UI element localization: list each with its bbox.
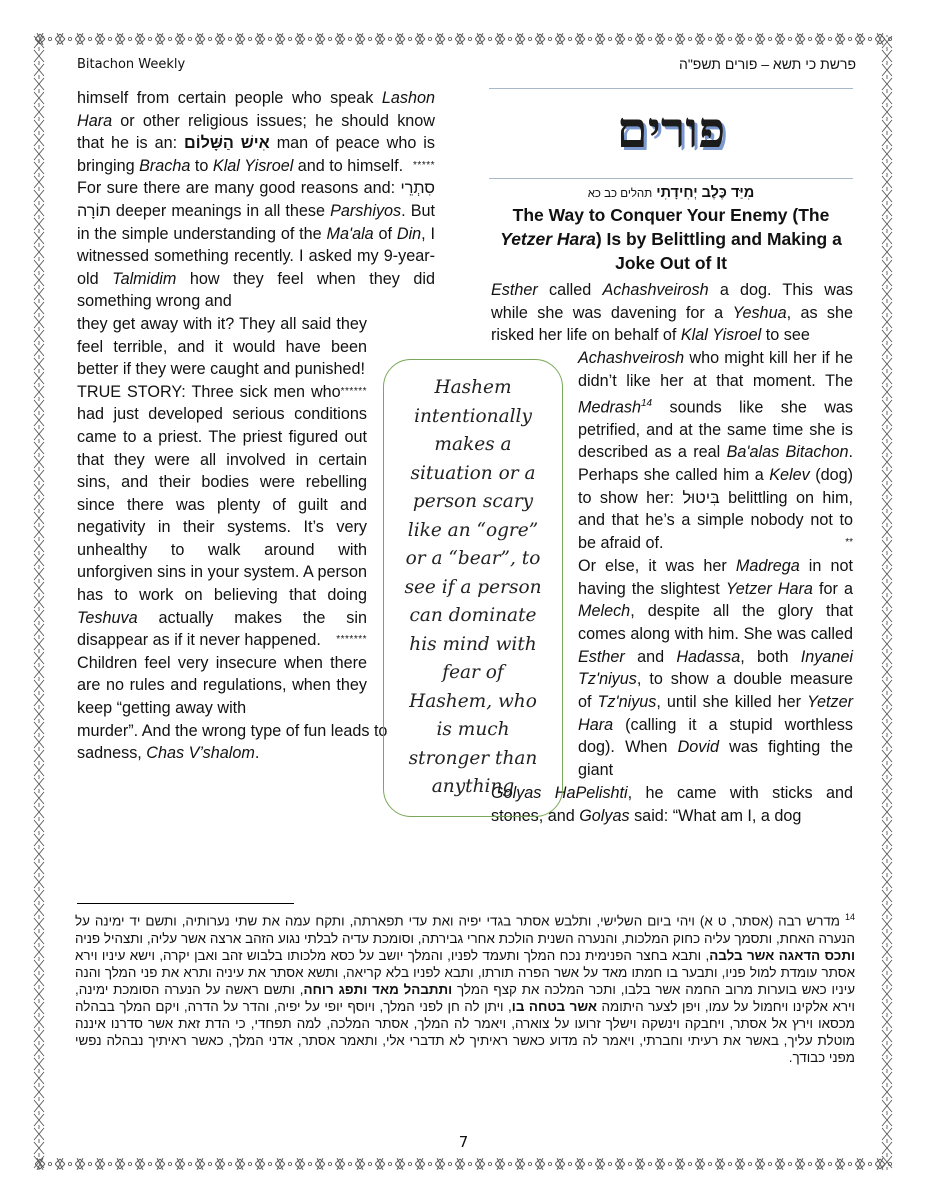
pull-quote: Hashem intentionally makes a situation o… bbox=[383, 359, 563, 817]
title-rule-top bbox=[489, 88, 853, 89]
footnote: 14 מדרש רבה (אסתר, ט א) ויהי ביום השלישי… bbox=[75, 909, 855, 1066]
border-pattern-icon bbox=[881, 35, 893, 1170]
page-border-left bbox=[33, 35, 45, 1170]
paragraph: himself from certain people who speak La… bbox=[77, 87, 435, 177]
page-number: 7 bbox=[0, 1133, 927, 1151]
footnote-separator bbox=[77, 903, 294, 904]
hebrew-term: אִישׁ הַשָּׁלוֹם bbox=[184, 134, 270, 152]
paragraph: they get away with it? They all said the… bbox=[77, 313, 367, 381]
verse-source: תהלים כב כא bbox=[588, 188, 652, 200]
page-border-top bbox=[35, 33, 892, 45]
section-separator: ***** bbox=[413, 155, 435, 178]
section-separator: ****** bbox=[341, 381, 367, 404]
article-heading: מִיַּד כֶּלֶב יְחִידָתִי תהלים כב כא The… bbox=[489, 185, 853, 275]
border-pattern-icon bbox=[35, 33, 892, 45]
left-column: himself from certain people who speak La… bbox=[77, 87, 435, 765]
footnote-ref[interactable]: 14 bbox=[641, 398, 652, 409]
paragraph: Achashveirosh who might kill her if he d… bbox=[578, 347, 853, 555]
header-publication-name: Bitachon Weekly bbox=[77, 57, 185, 72]
footnote-number: 14 bbox=[845, 912, 855, 922]
paragraph: Esther called Achashveirosh a dog. This … bbox=[491, 279, 853, 347]
hebrew-term: בִּיטוּל bbox=[682, 489, 719, 507]
section-separator: ******* bbox=[336, 629, 367, 652]
article-title: The Way to Conquer Your Enemy (The Yetze… bbox=[489, 203, 853, 275]
title-rule-bottom bbox=[489, 178, 853, 179]
wrapped-text-block: Achashveirosh who might kill her if he d… bbox=[578, 347, 853, 782]
page-title: פורים bbox=[489, 100, 853, 159]
paragraph: TRUE STORY: Three sick men who had just … bbox=[77, 381, 367, 652]
border-pattern-icon bbox=[33, 35, 45, 1170]
border-pattern-icon bbox=[35, 1158, 892, 1170]
hebrew-verse: מִיַּד כֶּלֶב יְחִידָתִי תהלים כב כא bbox=[489, 185, 853, 201]
section-separator: ** bbox=[845, 532, 853, 555]
header-parsha-info: פרשת כי תשא – פורים תשפ"ה bbox=[679, 56, 856, 72]
paragraph: Or else, it was her Madrega in not havin… bbox=[578, 555, 853, 782]
page-border-right bbox=[881, 35, 893, 1170]
paragraph: Children feel very insecure when there a… bbox=[77, 652, 367, 720]
page-border-bottom bbox=[35, 1158, 892, 1170]
paragraph: murder”. And the wrong type of fun leads… bbox=[77, 720, 435, 765]
wrapped-text-block: they get away with it? They all said the… bbox=[77, 313, 367, 720]
paragraph: For sure there are many good reasons and… bbox=[77, 177, 435, 313]
